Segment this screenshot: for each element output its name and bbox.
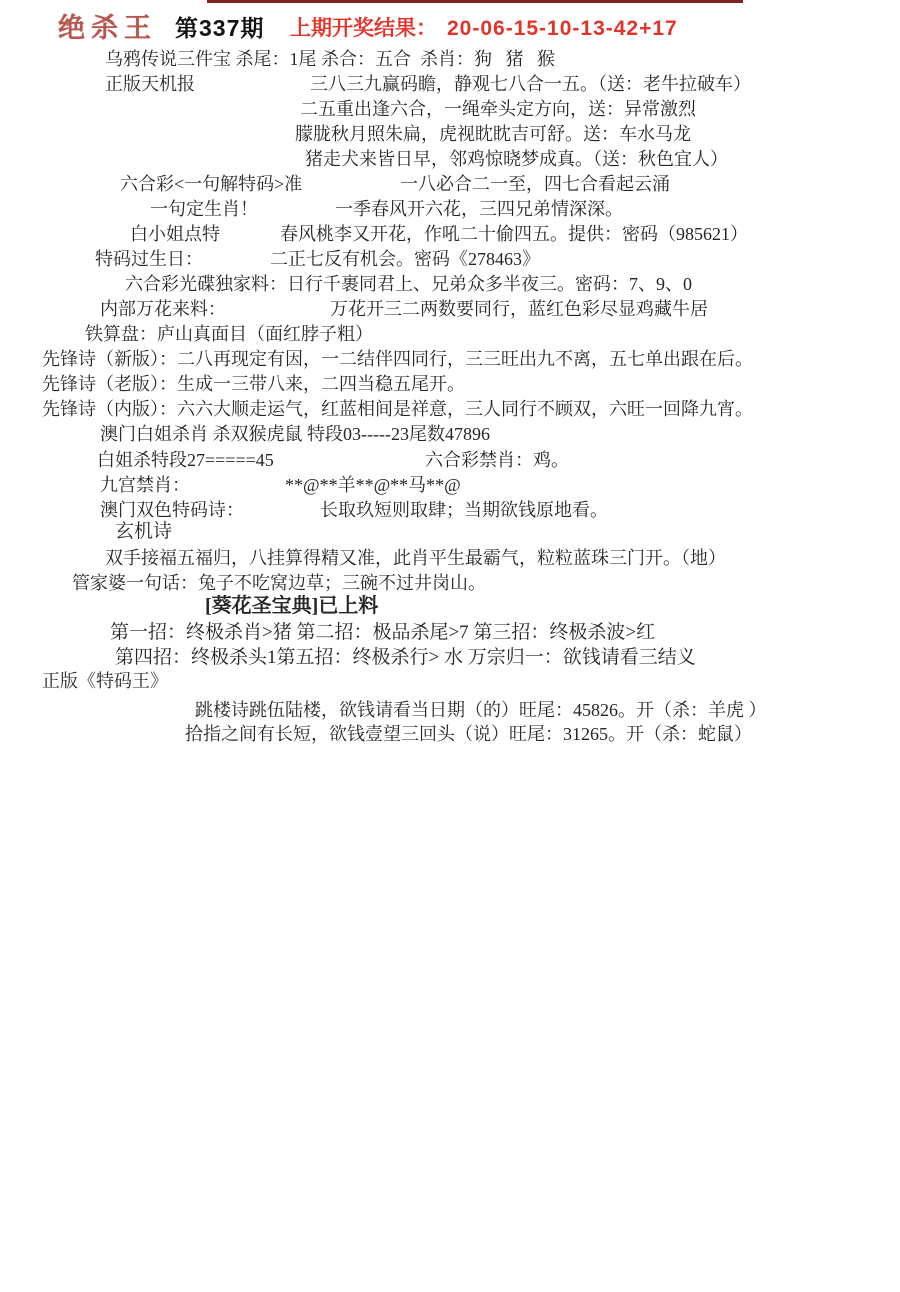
top-edge-artifact [207, 0, 743, 3]
last-draw-result: 上期开奖结果：20-06-15-10-13-42+17 [290, 12, 678, 42]
line-wanhua-label: 内部万花来料： [100, 297, 226, 321]
line-temawang: 正版《特码王》 [42, 669, 168, 693]
line-xianfeng-old: 先锋诗（老版）：生成一三带八来，二四当稳五尾开。 [42, 372, 465, 396]
line-zhao-1-2-3: 第一招：终极杀肖>猪 第二招：极品杀尾>7 第三招：终极杀波>红 [110, 621, 655, 645]
line-shengxiao-text: 一季春风开六花，三四兄弟情深深。 [335, 197, 623, 221]
line-jiugong-text: **@**羊**@**马**@ [285, 473, 461, 497]
line-guanjiapo: 管家婆一句话：兔子不吃窝边草；三碗不过井岗山。 [72, 571, 486, 595]
line-jiugong-label: 九宫禁肖： [100, 473, 190, 497]
line-birthday-label: 特码过生日： [95, 247, 203, 271]
line-tianji-verse-2: 二五重出逢六合，一绳牵头定方向，送：异常激烈 [300, 97, 696, 121]
line-birthday-text: 二正七反有机会。密码《278463》 [270, 247, 540, 271]
line-xianfeng-new: 先锋诗（新版）：二八再现定有因，一二结伴四同行，三三旺出九不离，五七单出跟在后。 [42, 347, 753, 371]
page-title-brand: 绝杀王 [58, 6, 157, 45]
line-jinxiao: 六合彩禁肖：鸡。 [425, 448, 569, 472]
line-xuanji-text: 双手接福五福归，八挂算得精又准，此肖平生最霸气，粒粒蓝珠三门开。（地） [105, 546, 726, 570]
line-jiete-label: 六合彩<一句解特码>准 [120, 172, 302, 196]
line-tianji-verse-4: 猪走犬来皆日早，邻鸡惊晓梦成真。（送：秋色宜人） [305, 147, 728, 171]
line-tianji-label: 正版天机报 [105, 72, 195, 96]
line-tiaolou-2: 拾指之间有长短，欲钱壹望三回头（说）旺尾：31265。开（杀：蛇鼠） [185, 722, 752, 746]
line-guangdie: 六合彩光碟独家料：日行千裹同君上、兄弟众多半夜三。密码：7、9、0 [125, 272, 692, 296]
line-tianji-verse-1: 三八三九赢码瞻，静观七八合一五。（送：老牛拉破车） [310, 72, 751, 96]
line-macau-shaxiao: 澳门白姐杀肖 杀双猴虎鼠 特段03-----23尾数47896 [100, 422, 490, 446]
line-shuangse-label: 澳门双色特码诗： [100, 498, 244, 522]
line-tiaolou-1: 跳楼诗跳伍陆楼，欲钱请看当日期（的）旺尾：45826。开（杀：羊虎 ） [195, 698, 767, 722]
line-tianji-verse-3: 朦胧秋月照朱扁，虎视眈眈吉可舒。送：车水马龙 [295, 122, 691, 146]
line-jiete-text: 一八必合二一至，四七合看起云涌 [400, 172, 670, 196]
line-shuangse-text: 长取玖短则取肆；当期欲钱原地看。 [320, 498, 608, 522]
line-three-treasures: 乌鸦传说三件宝 杀尾：1尾 杀合：五合 杀肖：狗 猪 猴 [105, 47, 555, 71]
line-wanhua-text: 万花开三二两数要同行，蓝红色彩尽显鸡藏牛居 [330, 297, 708, 321]
line-baixiaojie-text: 春风桃李又开花，作吼二十偷四五。提供：密码（985621） [280, 222, 748, 246]
page: { "header": { "brand": "绝杀王", "issue": "… [0, 0, 900, 1292]
last-draw-label: 上期开奖结果： [290, 17, 437, 40]
line-baijie-shateduan: 白姐杀特段27=====45 [97, 448, 274, 472]
line-xuanji-title: 玄机诗 [115, 520, 172, 544]
line-tiesuanpan: 铁算盘：庐山真面目（面红脖子粗） [85, 322, 373, 346]
line-zhao-4-5: 第四招：终极杀头1第五招：终极杀行> 水 万宗归一：欲钱请看三结义 [115, 646, 696, 670]
last-draw-numbers: 20-06-15-10-13-42+17 [447, 17, 678, 40]
line-kuihua-header: [葵花圣宝典]已上料 [205, 594, 378, 618]
line-baixiaojie-label: 白小姐点特 [130, 222, 220, 246]
line-shengxiao-label: 一句定生肖！ [150, 197, 258, 221]
issue-number: 第337期 [175, 10, 264, 43]
line-xianfeng-inner: 先锋诗（内版）：六六大顺走运气，红蓝相间是祥意，三人同行不顾双，六旺一回降九宵。 [42, 397, 753, 421]
